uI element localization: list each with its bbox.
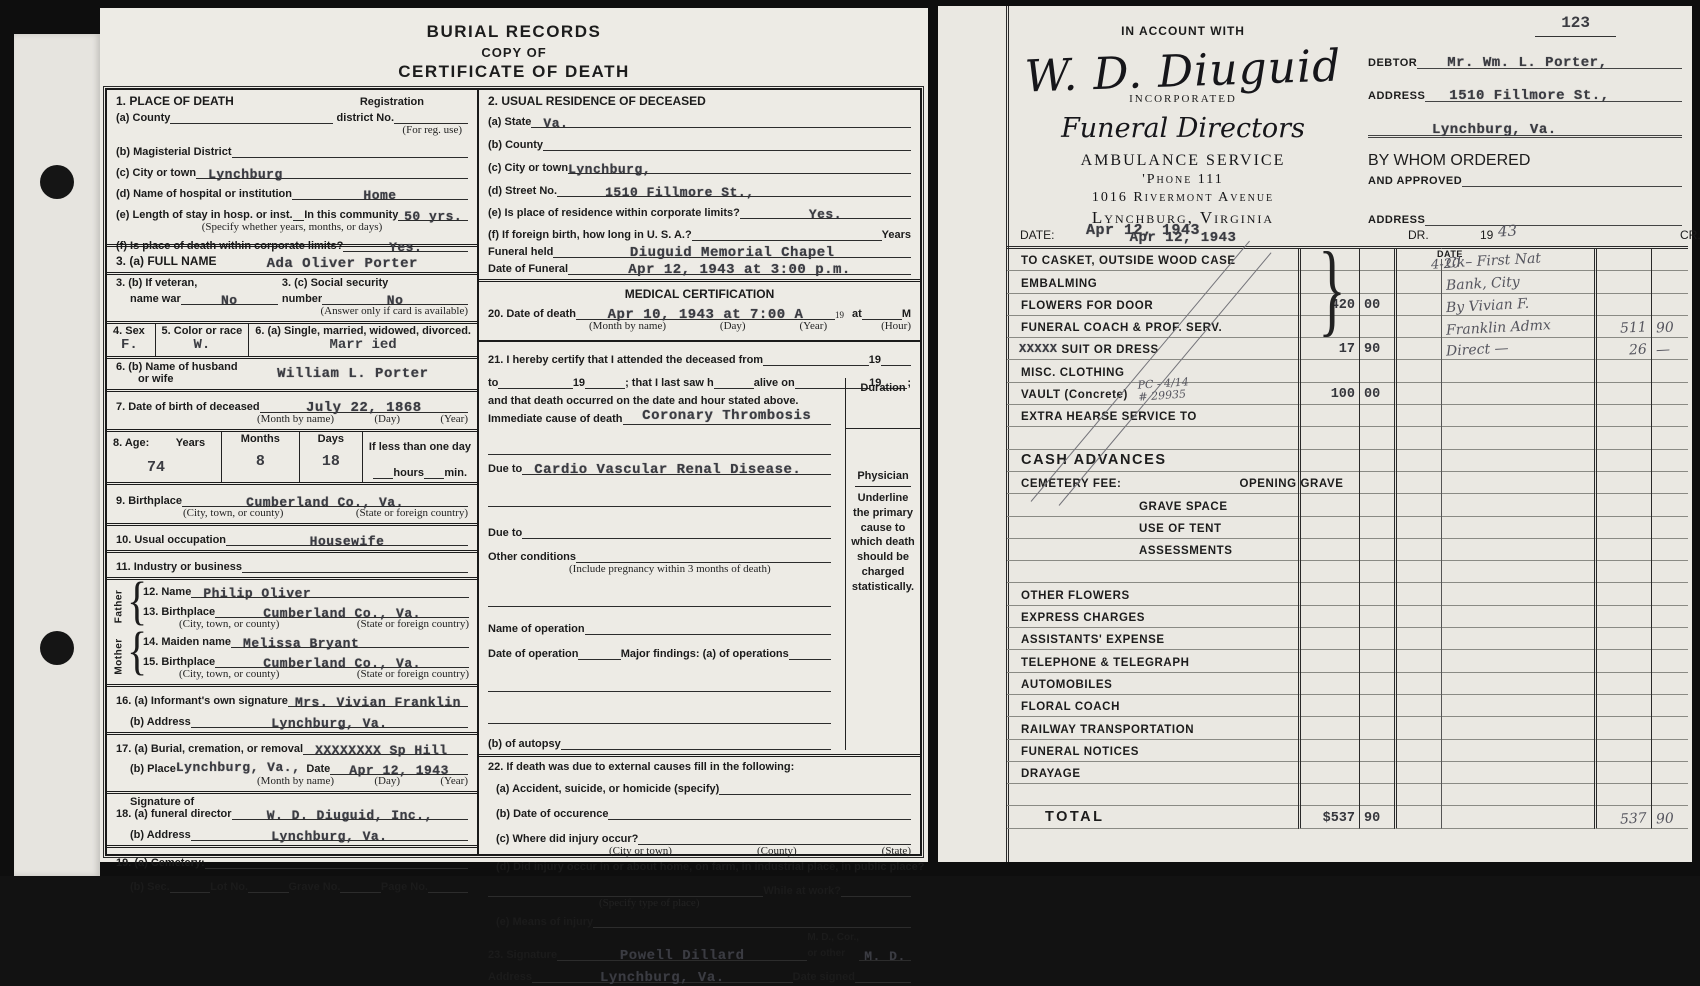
section-medical: MEDICAL CERTIFICATION 20. Date of death … xyxy=(479,282,920,757)
debit-cents-cell xyxy=(1359,739,1394,762)
field-label: Funeral held xyxy=(488,246,553,258)
field-value: Home xyxy=(363,188,396,203)
credit-cents-cell xyxy=(1651,783,1688,806)
credit-cents-cell xyxy=(1651,471,1688,494)
field-label: 12. Name xyxy=(143,586,191,598)
credit-amount-cell xyxy=(1594,672,1651,695)
ledger-item-label: DRAYAGE xyxy=(1021,768,1081,780)
field-underline xyxy=(638,829,911,845)
ledger-item-label-cell: VAULT (Concrete)PC - 4/14# 29935 xyxy=(1007,382,1298,405)
field-underline: Va. xyxy=(531,112,911,128)
field-note: (City, town, or county) xyxy=(179,618,279,630)
debit-amount-cell xyxy=(1298,716,1359,739)
credit-note-handwritten: Ck– First Nat xyxy=(1446,251,1542,272)
field-label: (b) Place xyxy=(130,763,176,775)
credit-amount-cell xyxy=(1594,404,1651,427)
ledger-item-label: EMBALMING xyxy=(1021,278,1097,290)
age-months: 8 xyxy=(228,453,293,470)
field-value: Sp Hill xyxy=(390,743,448,758)
field-value: Lynchburg, Va. xyxy=(271,829,387,844)
ledger-item-label: FLOWERS FOR DOOR xyxy=(1021,300,1153,312)
credit-note-cell xyxy=(1441,649,1594,672)
ledger-row: TO CASKET, OUTSIDE WOOD CASECk– First Na… xyxy=(1007,249,1688,271)
credit-note-cell: Direct — xyxy=(1441,337,1594,360)
field-underline xyxy=(576,547,831,563)
ledger-item-label-cell: EXTRA HEARSE SERVICE TO xyxy=(1007,404,1298,427)
field-underline: Cardio Vascular Renal Disease. xyxy=(522,459,831,475)
field-note: (City, town, or county) xyxy=(179,668,279,680)
entry-date-cell xyxy=(1394,672,1441,695)
debit-cents-cell: 90 xyxy=(1359,805,1394,828)
entry-date-cell xyxy=(1394,627,1441,650)
account-ledger-page: IN ACCOUNT WITH W. D. Diuguid INCORPORAT… xyxy=(938,6,1692,862)
debit-cents-cell xyxy=(1359,694,1394,717)
debit-cents-cell xyxy=(1359,248,1394,271)
credit-note-cell xyxy=(1441,560,1594,583)
section-heading: 2. USUAL RESIDENCE OF DECEASED xyxy=(488,94,706,108)
credit-note-cell xyxy=(1441,761,1594,784)
field-label: (d) Street No. xyxy=(488,185,557,197)
field-value: Marr ied xyxy=(255,337,471,353)
field-value: Mrs. Vivian Franklin xyxy=(295,695,461,710)
address2-label: ADDRESS xyxy=(1368,214,1425,226)
credit-note-cell xyxy=(1441,783,1594,806)
section-birthplace: 9. Birthplace Cumberland Co., Va. (City,… xyxy=(107,485,477,526)
field-note: (Month by name) xyxy=(589,320,666,332)
field-underline xyxy=(488,676,831,692)
debit-cents-cell xyxy=(1359,582,1394,605)
ledger-item-label-cell: FUNERAL COACH & PROF. SERV. xyxy=(1007,315,1298,338)
credit-note-cell xyxy=(1441,605,1594,628)
field-label: Signature of xyxy=(130,796,232,808)
field-label: (e) Is place of residence within corpora… xyxy=(488,207,740,219)
entry-date-cell xyxy=(1394,404,1441,427)
debit-cents-cell xyxy=(1359,404,1394,427)
credit-cents-cell xyxy=(1651,716,1688,739)
debit-amount-cell xyxy=(1298,582,1359,605)
section-informant: 16. (a) Informant's own signature Mrs. V… xyxy=(107,687,477,735)
debit-cents-cell xyxy=(1359,761,1394,784)
field-label: 15. Birthplace xyxy=(143,656,215,668)
ledger-item-label-cell: EMBALMING xyxy=(1007,270,1298,293)
field-label: 18. (a) funeral director xyxy=(116,808,232,820)
address2-underline xyxy=(1425,209,1682,226)
certificate-form: 1. PLACE OF DEATH Registration (a) Count… xyxy=(105,88,922,856)
field-label: If less than one day xyxy=(369,441,471,453)
ledger-row: CEMETERY FEE:OPENING GRAVE xyxy=(1007,472,1688,494)
field-value: Yes. xyxy=(809,207,842,222)
credit-note-cell xyxy=(1441,493,1594,516)
field-label: 21. I hereby certify that I attended the… xyxy=(488,354,763,366)
field-label: 17. (a) Burial, cremation, or removal xyxy=(116,743,303,755)
field-value: Apr 12, 1943 at 3:00 p.m. xyxy=(628,262,851,278)
ledger-row: AUTOMOBILES xyxy=(1007,673,1688,695)
section-place-of-death: 1. PLACE OF DEATH Registration (a) Count… xyxy=(107,90,477,247)
credit-amount-cell xyxy=(1594,783,1651,806)
ledger-item-label: TELEPHONE & TELEGRAPH xyxy=(1021,657,1190,669)
field-label: (b) Address xyxy=(130,829,191,841)
field-underline: Home xyxy=(292,184,468,200)
ledger-row: FUNERAL NOTICES xyxy=(1007,740,1688,762)
ledger-item-label-cell: OTHER FLOWERS xyxy=(1007,582,1298,605)
field-label: name war xyxy=(130,293,181,305)
entry-date-cell xyxy=(1394,649,1441,672)
reg-label2: district No. xyxy=(337,112,394,124)
field-underline: Apr 12, 1943 at 3:00 p.m. xyxy=(568,259,911,275)
ledger-item-label-cell: TOTAL xyxy=(1007,805,1298,828)
debit-amount-cell xyxy=(1298,538,1359,561)
title-line3: CERTIFICATE OF DEATH xyxy=(100,62,928,82)
entry-date-cell xyxy=(1394,471,1441,494)
entry-date-cell xyxy=(1394,694,1441,717)
credit-amount-cell xyxy=(1594,560,1651,583)
field-underline: Lynchburg xyxy=(196,163,468,179)
ledger-row: MISC. CLOTHING xyxy=(1007,360,1688,382)
preprint-19: 19 xyxy=(573,377,585,389)
debit-cents-cell xyxy=(1359,560,1394,583)
ledger-letterhead: IN ACCOUNT WITH W. D. Diuguid INCORPORAT… xyxy=(1018,24,1348,246)
field-underline xyxy=(498,373,572,389)
field-note: (Day) xyxy=(374,413,400,425)
debit-dollars: $537 xyxy=(1323,811,1355,826)
field-underline xyxy=(692,225,882,241)
ledger-item-label-cell: USE OF TENT xyxy=(1007,516,1298,539)
address-label: ADDRESS xyxy=(1368,90,1425,102)
field-note: (State or foreign country) xyxy=(357,618,469,630)
strike-overtype: XXXXXXXX xyxy=(315,743,381,758)
credit-note-cell xyxy=(1441,582,1594,605)
ambulance-service-label: AMBULANCE SERVICE xyxy=(1018,152,1348,170)
ledger-row: RAILWAY TRANSPORTATION xyxy=(1007,717,1688,739)
field-value: Ada Oliver Porter xyxy=(267,256,418,272)
field-underline: XXXXXXXXSp Hill xyxy=(303,739,468,755)
field-label: 14. Maiden name xyxy=(143,636,231,648)
field-value: Va. xyxy=(543,116,568,131)
ledger-item-label-cell: FLOWERS FOR DOOR xyxy=(1007,293,1298,316)
field-underline xyxy=(608,804,911,820)
field-value: 50 yrs. xyxy=(404,209,462,224)
ledger-row xyxy=(1007,784,1688,806)
field-label: M xyxy=(902,308,911,320)
credit-note-handwritten: Franklin Admx xyxy=(1446,317,1552,338)
credit-amount-cell xyxy=(1594,293,1651,316)
field-value: F. xyxy=(121,337,149,353)
field-label: 11. Industry or business xyxy=(116,561,242,573)
title-line1: BURIAL RECORDS xyxy=(100,22,928,42)
field-underline: Apr 10, 1943 at 7:00 A xyxy=(576,304,835,320)
section-heading: MEDICAL CERTIFICATION xyxy=(625,287,775,301)
section-heading: 1. PLACE OF DEATH xyxy=(116,94,234,108)
credit-amount-cell xyxy=(1594,449,1651,472)
debit-cents: 90 xyxy=(1364,342,1380,357)
field-value: W. xyxy=(162,337,243,353)
debtor-label: DEBTOR xyxy=(1368,57,1417,69)
ledger-item-label: CASH ADVANCES xyxy=(1021,452,1167,468)
date-label: DATE: xyxy=(1020,228,1054,242)
debit-cents-cell: 90 xyxy=(1359,337,1394,360)
section-spouse: 6. (b) Name of husband or wife William L… xyxy=(107,359,477,392)
field-label: 3. (c) Social security xyxy=(282,277,468,289)
field-label: Date of operation xyxy=(488,648,578,660)
duration-label: Duration xyxy=(846,378,920,429)
field-value: William L. Porter xyxy=(277,366,428,382)
credit-cents-cell xyxy=(1651,449,1688,472)
section-parents: Father { 12. Name Philip Oliver 13. Birt… xyxy=(107,580,477,687)
field-label: (d) Name of hospital or institution xyxy=(116,188,292,200)
field-note: (Month by name) xyxy=(257,413,334,425)
ledger-row: VAULT (Concrete)PC - 4/14# 2993510000 xyxy=(1007,383,1688,405)
ledger-row: CASH ADVANCES xyxy=(1007,450,1688,472)
credit-note-cell xyxy=(1441,538,1594,561)
field-label: 3. (a) FULL NAME xyxy=(116,254,216,268)
field-underline: Diuguid Memorial Chapel xyxy=(553,242,911,258)
debit-cents-cell xyxy=(1359,426,1394,449)
ledger-item-label: FUNERAL COACH & PROF. SERV. xyxy=(1021,322,1222,334)
ledger-item-sublabel: USE OF TENT xyxy=(1139,523,1222,535)
field-label: (c) City or town xyxy=(488,162,568,174)
year-handwritten: 43 xyxy=(1498,222,1518,241)
field-underline xyxy=(232,142,468,158)
credit-note-cell xyxy=(1441,404,1594,427)
field-label: 9. Birthplace xyxy=(116,495,182,507)
credit-note-handwritten: Bank, City xyxy=(1446,274,1521,294)
field-underline xyxy=(714,373,754,389)
entry-date-cell xyxy=(1394,716,1441,739)
credit-note-cell: By Vivian F. xyxy=(1441,293,1594,316)
ledger-item-label: OTHER FLOWERS xyxy=(1021,590,1130,602)
field-underline: Apr 12, 1943 xyxy=(330,759,468,775)
section-residence: 2. USUAL RESIDENCE OF DECEASED (a) State… xyxy=(479,90,920,282)
ledger-item-label: SUIT OR DRESS xyxy=(1062,344,1159,356)
field-note: (Hour) xyxy=(881,320,911,332)
field-note: (County) xyxy=(757,845,797,857)
and-approved-label: AND APPROVED xyxy=(1368,175,1462,187)
debit-cents-cell xyxy=(1359,649,1394,672)
in-account-with-label: IN ACCOUNT WITH xyxy=(1018,24,1348,38)
credit-cents-cell xyxy=(1651,382,1688,405)
entry-date-cell xyxy=(1394,382,1441,405)
credit-note-handwritten: Direct — xyxy=(1446,341,1509,360)
ledger-item-label-cell: GRAVE SPACE xyxy=(1007,493,1298,516)
ledger-item-label-cell: AUTOMOBILES xyxy=(1007,672,1298,695)
ledger-item-label: RAILWAY TRANSPORTATION xyxy=(1021,724,1194,736)
age-years: 74 xyxy=(147,459,215,476)
debit-amount-cell: 100 xyxy=(1298,382,1359,405)
field-underline: Lynchburg, Va. xyxy=(191,712,468,728)
field-label: Other conditions xyxy=(488,551,576,563)
credit-amount-cell xyxy=(1594,716,1651,739)
ledger-row: GRAVE SPACE xyxy=(1007,494,1688,516)
credit-cents-cell xyxy=(1651,516,1688,539)
field-label: 4. Sex xyxy=(113,325,149,337)
credit-cents-cell xyxy=(1651,404,1688,427)
field-underline: W. D. Diuguid, Inc., xyxy=(232,804,468,820)
ledger-item-label-cell xyxy=(1007,783,1298,806)
punch-hole-top xyxy=(40,165,74,199)
field-underline xyxy=(522,523,831,539)
field-note: (Include pregnancy within 3 months of de… xyxy=(569,563,771,575)
field-label: (c) Where did injury occur? xyxy=(496,833,638,845)
credit-amount-cell xyxy=(1594,538,1651,561)
address-underline: 1510 Fillmore St., xyxy=(1425,85,1682,102)
credit-note-handwritten: By Vivian F. xyxy=(1446,296,1530,316)
credit-cents-cell xyxy=(1651,605,1688,628)
ledger-row: EMBALMINGBank, City xyxy=(1007,271,1688,293)
credit-amount-cell xyxy=(1594,359,1651,382)
field-underline xyxy=(543,135,911,151)
col-header: Months xyxy=(228,433,293,445)
credit-cents-cell xyxy=(1651,627,1688,650)
debit-amount-cell xyxy=(1298,627,1359,650)
field-underline: Lynchburg, Va. xyxy=(191,825,468,841)
ledger-item-label-cell: CEMETERY FEE:OPENING GRAVE xyxy=(1007,471,1298,494)
credit-note-cell xyxy=(1441,359,1594,382)
field-label: In this community xyxy=(304,209,398,221)
reg-label: Registration xyxy=(360,96,424,108)
credit-cents-cell xyxy=(1651,359,1688,382)
debit-cents-cell xyxy=(1359,471,1394,494)
credit-dollars: 26 xyxy=(1629,342,1648,359)
debit-amount-cell xyxy=(1298,783,1359,806)
ledger-row: ASSESSMENTS xyxy=(1007,539,1688,561)
field-underline: Philip Oliver xyxy=(191,582,469,598)
field-label: Major findings: (a) of operations xyxy=(621,648,789,660)
field-underline: July 22, 1868 xyxy=(260,397,468,413)
field-underline: Cumberland Co., Va. xyxy=(215,652,469,668)
credit-amount-cell: 511 xyxy=(1594,315,1651,338)
debit-amount-cell xyxy=(1298,426,1359,449)
field-underline: Cumberland Co., Va. xyxy=(182,491,468,507)
credit-dollars: 511 xyxy=(1620,319,1648,336)
credit-cents: 90 xyxy=(1656,810,1675,827)
credit-cents-cell xyxy=(1651,672,1688,695)
field-underline: Mrs. Vivian Franklin xyxy=(288,691,468,707)
entry-date-cell xyxy=(1394,337,1441,360)
credit-cents: — xyxy=(1656,342,1671,359)
scanned-document: BURIAL RECORDS COPY OF CERTIFICATE OF DE… xyxy=(0,0,1700,876)
certificate-title: BURIAL RECORDS COPY OF CERTIFICATE OF DE… xyxy=(100,22,928,82)
credit-note-cell xyxy=(1441,471,1594,494)
ledger-column-header: DATE: Apr 12, 1943 DR. 19 43 CR. xyxy=(1008,226,1688,246)
field-underline xyxy=(424,463,444,479)
section-industry: 11. Industry or business xyxy=(107,553,477,580)
entry-date-cell xyxy=(1394,783,1441,806)
debtor-block: DEBTOR Mr. Wm. L. Porter, ADDRESS 1510 F… xyxy=(1368,20,1682,226)
ledger-row xyxy=(1007,561,1688,583)
credit-amount-cell xyxy=(1594,761,1651,784)
field-label: (b) Magisterial District xyxy=(116,146,232,158)
ledger-item-label-cell: RAILWAY TRANSPORTATION xyxy=(1007,716,1298,739)
credit-amount-cell xyxy=(1594,739,1651,762)
field-note: (Day) xyxy=(720,320,746,332)
field-label: 5. Color or race xyxy=(162,325,243,337)
debit-amount-cell xyxy=(1298,560,1359,583)
physician-label: Physician xyxy=(855,469,911,487)
col-header: Days xyxy=(306,433,356,445)
credit-note-cell xyxy=(1441,382,1594,405)
credit-note-cell xyxy=(1441,516,1594,539)
field-label: (e) Length of stay in hosp. or inst. xyxy=(116,209,293,221)
field-label: (a) County xyxy=(116,112,170,124)
field-label: Date xyxy=(306,763,330,775)
field-underline: Cumberland Co., Va. xyxy=(215,602,469,618)
credit-cents-cell xyxy=(1651,560,1688,583)
field-label: (f) If foreign birth, how long in U. S. … xyxy=(488,229,692,241)
field-label: Date of Funeral xyxy=(488,263,568,275)
credit-dollars: 537 xyxy=(1620,810,1648,827)
father-block: Father { 12. Name Philip Oliver 13. Birt… xyxy=(107,582,477,630)
field-note: (Specify whether years, months, or days) xyxy=(202,221,383,233)
debit-amount-cell xyxy=(1298,605,1359,628)
ledger-item-label-cell xyxy=(1007,426,1298,449)
debit-cents-cell xyxy=(1359,315,1394,338)
field-note: (State) xyxy=(882,845,911,857)
field-underline xyxy=(488,439,831,455)
father-label: Father xyxy=(114,589,125,623)
section-burial: 17. (a) Burial, cremation, or removal XX… xyxy=(107,735,477,794)
debit-amount-cell xyxy=(1298,359,1359,382)
field-note: (City or town) xyxy=(609,845,672,857)
debit-amount-cell: $537 xyxy=(1298,805,1359,828)
debtor-underline: Mr. Wm. L. Porter, xyxy=(1417,52,1682,69)
field-underline xyxy=(862,304,902,320)
field-label: to xyxy=(488,377,498,389)
credit-cents-cell xyxy=(1651,493,1688,516)
debit-amount-cell xyxy=(1298,672,1359,695)
credit-cents-cell: — xyxy=(1651,337,1688,360)
field-underline: No xyxy=(181,289,278,305)
field-label: (d) Did injury occur in or about home, o… xyxy=(496,861,924,873)
physician-sidebar: Duration PhysicianUnderline the primary … xyxy=(845,378,920,750)
field-label: 20. Date of death xyxy=(488,308,576,320)
ledger-item-label-cell: CASH ADVANCES xyxy=(1007,449,1298,472)
section-birth-date: 7. Date of birth of deceased July 22, 18… xyxy=(107,392,477,432)
debit-cents-cell xyxy=(1359,270,1394,293)
field-underline xyxy=(170,108,332,124)
entry-date-cell xyxy=(1394,560,1441,583)
credit-cents-cell: 90 xyxy=(1651,315,1688,338)
cr-label: CR. xyxy=(1680,228,1700,242)
ledger-item-label-cell: DRAYAGE xyxy=(1007,761,1298,784)
field-underline: 50 yrs. xyxy=(398,205,468,221)
field-note: (Year) xyxy=(440,775,468,787)
debit-amount-cell xyxy=(1298,493,1359,516)
entry-date-cell xyxy=(1394,270,1441,293)
field-note: (Month by name) xyxy=(257,775,334,787)
credit-note-cell xyxy=(1441,449,1594,472)
field-underline: Coronary Thrombosis xyxy=(623,409,832,425)
field-label: min. xyxy=(444,467,467,479)
field-value: W. D. Diuguid, Inc., xyxy=(267,808,433,823)
credit-amount-cell xyxy=(1594,649,1651,672)
form-right-column: 2. USUAL RESIDENCE OF DECEASED (a) State… xyxy=(479,90,920,854)
ledger-item-label-cell: EXPRESS CHARGES xyxy=(1007,605,1298,628)
credit-cents-cell xyxy=(1651,739,1688,762)
ledger-item-sublabel: GRAVE SPACE xyxy=(1139,501,1228,513)
ledger-row: DRAYAGE xyxy=(1007,762,1688,784)
entry-date-cell xyxy=(1394,449,1441,472)
ledger-item-label-cell: FUNERAL NOTICES xyxy=(1007,739,1298,762)
ledger-row: FUNERAL COACH & PROF. SERV.Franklin Admx… xyxy=(1007,316,1688,338)
debit-cents-cell xyxy=(1359,538,1394,561)
ledger-row: FLOWERS FOR DOOR42000By Vivian F. xyxy=(1007,294,1688,316)
entry-date-cell xyxy=(1394,538,1441,561)
field-label: ; that I last saw h xyxy=(625,377,714,389)
field-label: (a) State xyxy=(488,116,531,128)
by-whom-ordered-label: BY WHOM ORDERED xyxy=(1368,152,1682,170)
preprint-19: 19 xyxy=(869,354,881,366)
field-underline xyxy=(394,108,468,124)
